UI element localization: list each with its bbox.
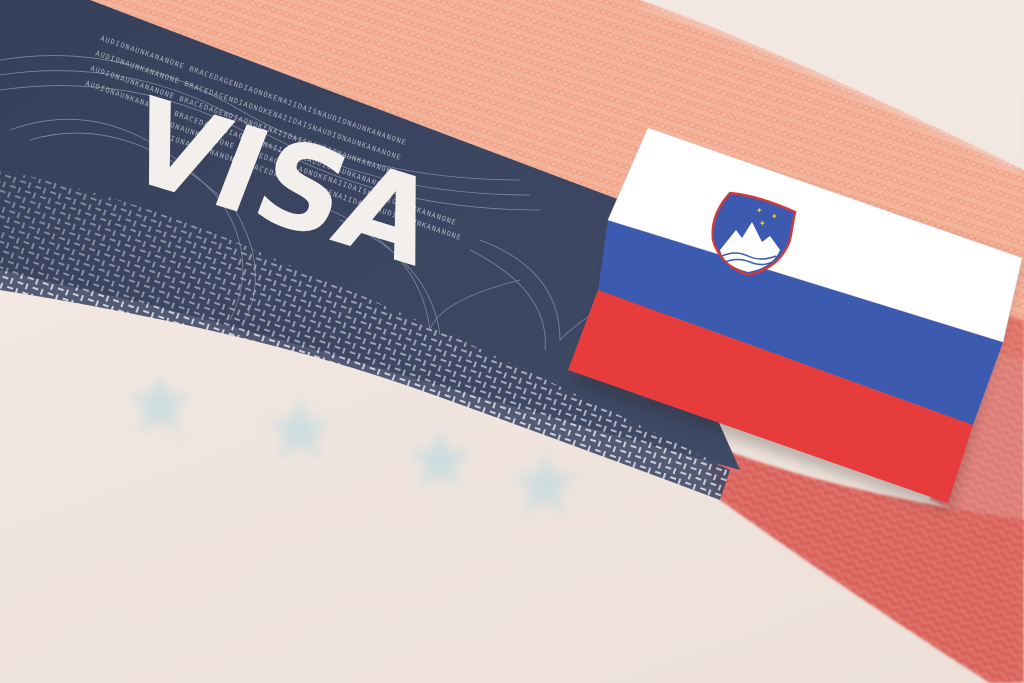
star-icon: ✦ — [759, 219, 766, 228]
visa-photo: AUDIONAUNKANANONE BRACEDAGENDIAONOKENAII… — [0, 0, 1024, 683]
star-icon — [405, 425, 475, 490]
star-icon — [125, 370, 195, 435]
star-icon: ✦ — [771, 212, 778, 221]
star-icon — [510, 450, 580, 515]
star-icon — [265, 395, 335, 460]
star-icon: ✦ — [756, 206, 763, 215]
visa-illustration: AUDIONAUNKANANONE BRACEDAGENDIAONOKENAII… — [0, 0, 1024, 683]
